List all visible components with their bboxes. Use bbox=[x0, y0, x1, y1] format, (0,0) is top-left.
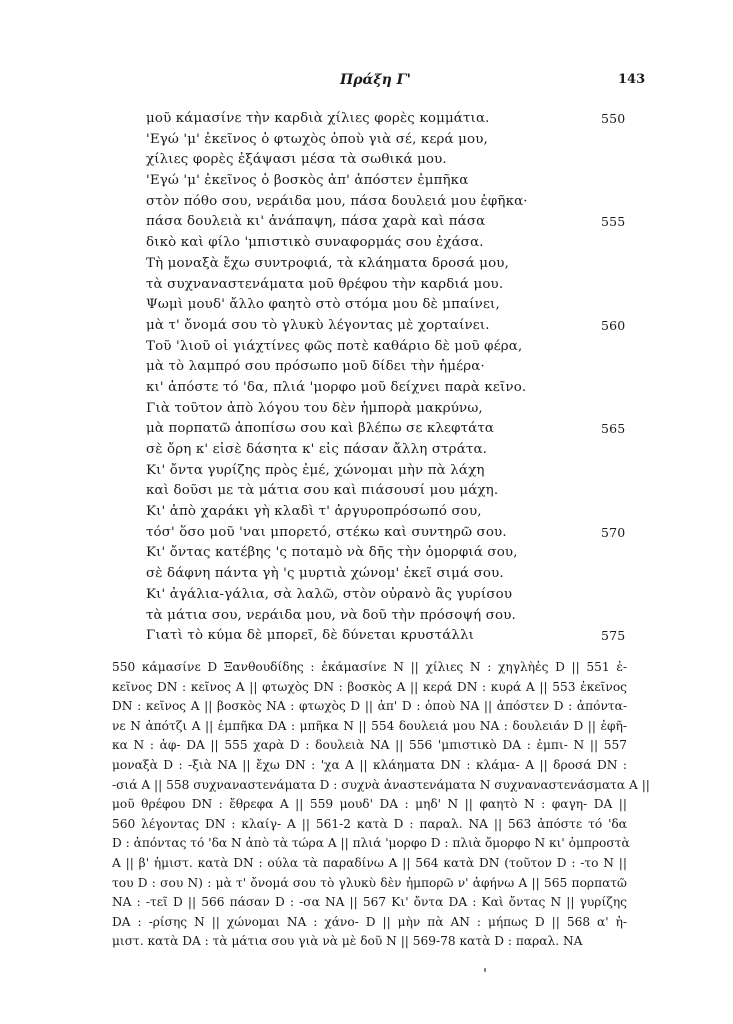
apparatus-line: μιστ. κατὰ DA : τὰ μάτια σου γιὰ νὰ μὲ δ… bbox=[112, 932, 627, 952]
verse-line: Κι' ὄντα γυρίζης πρὸς ἐμέ, χώνομαι μὴν π… bbox=[146, 461, 646, 482]
apparatus-line: NA : -τεῖ D || 566 πάσαν D : -σα NA || 5… bbox=[112, 893, 627, 913]
verse-text: μοῦ κάμασίνε τὴν καρδιὰ χίλιες φορὲς κομ… bbox=[146, 109, 646, 647]
apparatus-line: D : ἀπόντας τό 'δα N ἀπὸ τὰ τώρα A || πλ… bbox=[112, 834, 627, 854]
verse-text-562: μὰ τὸ λαμπρό σου πρόσωπο μοῦ δίδει τὴν ἡ… bbox=[146, 359, 485, 374]
verse-text-551: 'Εγώ 'μ' ἐκεῖνος ὁ φτωχὸς ὁποὺ γιὰ σέ, κ… bbox=[146, 132, 488, 147]
verse-line: Γιὰ τοῦτον ἀπὸ λόγου του δὲν ἠμπορὰ μακρ… bbox=[146, 399, 646, 420]
verse-line: Ψωμὶ μουδ' ἄλλο φαητὸ στὸ στόμα μου δὲ μ… bbox=[146, 295, 646, 316]
book-page: Πράξη Γ' 143 μοῦ κάμασίνε τὴν καρδιὰ χίλ… bbox=[0, 0, 733, 1024]
verse-line: τόσ' ὅσο μοῦ 'ναι μπορετό, στέκω καὶ συν… bbox=[146, 523, 646, 544]
verse-line: Τὴ μοναξὰ ἔχω συντροφιά, τὰ κλάηματα δρο… bbox=[146, 254, 646, 275]
verse-text-561: Τοῦ 'λιοῦ οἱ γιάχτίνες φῶς ποτὲ καθάριο … bbox=[146, 339, 522, 354]
verse-line: μὰ τ' ὄνομά σου τὸ γλυκὺ λέγοντας μὲ χορ… bbox=[146, 316, 646, 337]
verse-text-550: μοῦ κάμασίνε τὴν καρδιὰ χίλιες φορὲς κομ… bbox=[146, 111, 490, 126]
verse-line: Τοῦ 'λιοῦ οἱ γιάχτίνες φῶς ποτὲ καθάριο … bbox=[146, 337, 646, 358]
page-number: 143 bbox=[618, 72, 645, 87]
apparatus-line: DN : κεῖνος A || βοσκὸς NA : φτωχὸς D ||… bbox=[112, 697, 627, 717]
verse-text-564: Γιὰ τοῦτον ἀπὸ λόγου του δὲν ἠμπορὰ μακρ… bbox=[146, 401, 483, 416]
apparatus-line: κεῖνος DN : κεῖνος A || φτωχὸς DN : βοσκ… bbox=[112, 678, 627, 698]
verse-line: δικὸ καὶ φίλο 'μπιστικὸ συναφορμάς σου ἐ… bbox=[146, 233, 646, 254]
verse-text-560: μὰ τ' ὄνομά σου τὸ γλυκὺ λέγοντας μὲ χορ… bbox=[146, 318, 490, 333]
verse-text-556: δικὸ καὶ φίλο 'μπιστικὸ συναφορμάς σου ἐ… bbox=[146, 235, 484, 250]
verse-line: τὰ συχναναστενάματα μοῦ θρέφου τὴν καρδι… bbox=[146, 275, 646, 296]
verse-line: 'Εγώ 'μ' ἐκεῖνος ὁ φτωχὸς ὁποὺ γιὰ σέ, κ… bbox=[146, 130, 646, 151]
apparatus-line: κα N : ἀφ- DA || 555 χαρὰ D : δουλειὰ NA… bbox=[112, 736, 627, 756]
line-number: 570 bbox=[601, 523, 625, 544]
line-number: 555 bbox=[601, 212, 625, 233]
apparatus-line: νε N ἀπότζι A || ἐμπῆκα DA : μπῆκα N || … bbox=[112, 717, 627, 737]
verse-line: πάσα δουλειὰ κι' ἀνάπαψη, πάσα χαρὰ καὶ … bbox=[146, 212, 646, 233]
apparatus-line: 560 λέγοντας DN : κλαίγ- A || 561-2 κατὰ… bbox=[112, 815, 627, 835]
apparatus-line: 550 κάμασίνε D Ξανθουδίδης : ἐκάμασίνε N… bbox=[112, 658, 627, 678]
verse-line: κι' ἀπόστε τό 'δα, πλιά 'μορφο μοῦ δείχν… bbox=[146, 378, 646, 399]
verse-line: μὰ πορπατῶ ἀποπίσω σου καὶ βλέπω σε κλεφ… bbox=[146, 419, 646, 440]
verse-text-559: Ψωμὶ μουδ' ἄλλο φαητὸ στὸ στόμα μου δὲ μ… bbox=[146, 297, 500, 312]
scan-speck bbox=[484, 968, 486, 972]
verse-text-567: Κι' ὄντα γυρίζης πρὸς ἐμέ, χώνομαι μὴν π… bbox=[146, 463, 485, 478]
verse-line: μοῦ κάμασίνε τὴν καρδιὰ χίλιες φορὲς κομ… bbox=[146, 109, 646, 130]
verse-line: σὲ δάφνη πάντα γὴ 'ς μυρτιὰ χώνομ' ἐκεῖ … bbox=[146, 564, 646, 585]
verse-text-572: σὲ δάφνη πάντα γὴ 'ς μυρτιὰ χώνομ' ἐκεῖ … bbox=[146, 566, 504, 581]
apparatus-line: του D : σου N) : μὰ τ' ὄνομά σου τὸ γλυκ… bbox=[112, 874, 627, 894]
verse-line: στὸν πόθο σου, νεράιδα μου, πάσα δουλειά… bbox=[146, 192, 646, 213]
verse-line: σὲ ὄρη κ' εἰσὲ δάσητα κ' εἰς πάσαν ἄλλη … bbox=[146, 440, 646, 461]
verse-text-563: κι' ἀπόστε τό 'δα, πλιά 'μορφο μοῦ δείχν… bbox=[146, 380, 526, 395]
line-number: 550 bbox=[601, 109, 625, 130]
verse-line: Κι' ἀπὸ χαράκι γὴ κλαδὶ τ' ἀργυροπρόσωπό… bbox=[146, 502, 646, 523]
running-title: Πράξη Γ' bbox=[340, 72, 411, 88]
verse-text-558: τὰ συχναναστενάματα μοῦ θρέφου τὴν καρδι… bbox=[146, 277, 503, 292]
verse-text-570: τόσ' ὅσο μοῦ 'ναι μπορετό, στέκω καὶ συν… bbox=[146, 525, 507, 540]
verse-text-573: Κι' ἀγάλια-γάλια, σὰ λαλῶ, στὸν οὐρανὸ ἂ… bbox=[146, 587, 512, 602]
verse-line: Γιατὶ τὸ κύμα δὲ μπορεῖ, δὲ δύνεται κρυσ… bbox=[146, 626, 646, 647]
critical-apparatus: 550 κάμασίνε D Ξανθουδίδης : ἐκάμασίνε N… bbox=[112, 658, 627, 952]
verse-text-568: καὶ δοῦσι με τὰ μάτια σου καὶ πιάσουσί μ… bbox=[146, 483, 498, 498]
apparatus-line: μοῦ θρέφου DN : ἔθρεφα A || 559 μουδ' DA… bbox=[112, 795, 627, 815]
apparatus-line: A || β' ἡμιστ. κατὰ DN : ούλα τὰ παραδίν… bbox=[112, 854, 627, 874]
verse-text-569: Κι' ἀπὸ χαράκι γὴ κλαδὶ τ' ἀργυροπρόσωπό… bbox=[146, 504, 482, 519]
verse-line: μὰ τὸ λαμπρό σου πρόσωπο μοῦ δίδει τὴν ἡ… bbox=[146, 357, 646, 378]
verse-text-552: χίλιες φορὲς ἐξάψασι μέσα τὰ σωθικά μου. bbox=[146, 152, 447, 167]
verse-text-571: Κι' ὄντας κατέβης 'ς ποταμὸ νὰ δῆς τὴν ὀ… bbox=[146, 545, 518, 560]
line-number: 575 bbox=[601, 626, 625, 647]
verse-text-554: στὸν πόθο σου, νεράιδα μου, πάσα δουλειά… bbox=[146, 194, 528, 209]
verse-text-575: Γιατὶ τὸ κύμα δὲ μπορεῖ, δὲ δύνεται κρυσ… bbox=[146, 628, 474, 643]
verse-text-574: τὰ μάτια σου, νεράιδα μου, νὰ δοῦ τὴν πρ… bbox=[146, 608, 516, 623]
line-number: 560 bbox=[601, 316, 625, 337]
verse-line: χίλιες φορὲς ἐξάψασι μέσα τὰ σωθικά μου. bbox=[146, 150, 646, 171]
verse-line: Κι' ὄντας κατέβης 'ς ποταμὸ νὰ δῆς τὴν ὀ… bbox=[146, 543, 646, 564]
verse-line: 'Εγώ 'μ' ἐκεῖνος ὁ βοσκὸς ἀπ' ἀπόστεν ἐμ… bbox=[146, 171, 646, 192]
running-head: Πράξη Γ' 143 bbox=[0, 72, 733, 92]
apparatus-line: μοναξὰ D : -ξιὰ NA || ἔχω DN : 'χα A || … bbox=[112, 756, 627, 776]
apparatus-line: -σιά A || 558 συχναναστενάματα D : συχνὰ… bbox=[112, 776, 627, 796]
verse-text-557: Τὴ μοναξὰ ἔχω συντροφιά, τὰ κλάηματα δρο… bbox=[146, 256, 509, 271]
line-number: 565 bbox=[601, 419, 625, 440]
apparatus-line: DA : -ρίσης N || χώνομαι NA : χάνο- D ||… bbox=[112, 913, 627, 933]
verse-line: τὰ μάτια σου, νεράιδα μου, νὰ δοῦ τὴν πρ… bbox=[146, 606, 646, 627]
verse-text-565: μὰ πορπατῶ ἀποπίσω σου καὶ βλέπω σε κλεφ… bbox=[146, 421, 494, 436]
verse-text-566: σὲ ὄρη κ' εἰσὲ δάσητα κ' εἰς πάσαν ἄλλη … bbox=[146, 442, 487, 457]
verse-text-555: πάσα δουλειὰ κι' ἀνάπαψη, πάσα χαρὰ καὶ … bbox=[146, 214, 485, 229]
verse-line: Κι' ἀγάλια-γάλια, σὰ λαλῶ, στὸν οὐρανὸ ἂ… bbox=[146, 585, 646, 606]
verse-text-553: 'Εγώ 'μ' ἐκεῖνος ὁ βοσκὸς ἀπ' ἀπόστεν ἐμ… bbox=[146, 173, 468, 188]
verse-line: καὶ δοῦσι με τὰ μάτια σου καὶ πιάσουσί μ… bbox=[146, 481, 646, 502]
